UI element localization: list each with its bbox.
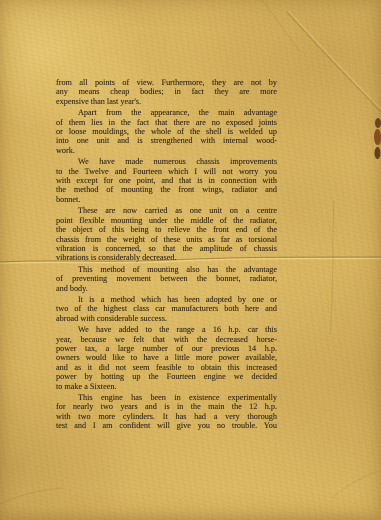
text-line: the method of mounting the front wings, … xyxy=(56,185,277,194)
text-line: of preventing movement between the bonne… xyxy=(56,274,277,283)
text-line: test and I am confident will give you no… xyxy=(56,421,277,430)
paragraph: We have made numerous chassis improvemen… xyxy=(56,157,277,204)
paragraph: It is a method which has been adopted by… xyxy=(56,295,277,323)
text-line: for nearly two years and is in the main … xyxy=(56,402,277,411)
minor-crease-top-right xyxy=(262,0,300,52)
text-line: This method of mounting also has the adv… xyxy=(56,265,277,274)
text-line: power by hotting up the Fourteen engine … xyxy=(56,372,277,381)
text-line: work. xyxy=(56,146,277,155)
text-line: year, because we felt that with the decr… xyxy=(56,335,277,344)
text-line: power tax, a large number of our previou… xyxy=(56,344,277,353)
text-line: to the Twelve and Fourteen which I will … xyxy=(56,167,277,176)
paragraph: from all points of view. Furthermore, th… xyxy=(56,78,277,106)
text-line: the object of this being to relieve the … xyxy=(56,225,277,234)
text-line: This engine has been in existence experi… xyxy=(56,393,277,402)
text-line: vibration is concerned, so that the ampl… xyxy=(56,244,277,253)
text-line: We have made numerous chassis improvemen… xyxy=(56,157,277,166)
edge-stain xyxy=(374,118,381,159)
text-line: bonnet. xyxy=(56,195,277,204)
text-line: expensive than last year's. xyxy=(56,97,277,106)
minor-crease-right-vertical xyxy=(330,200,334,335)
text-line: vibrations is considerably decreased. xyxy=(56,253,277,262)
text-line: two of the highest class car manufacture… xyxy=(56,304,277,313)
text-line: chassis from the weight of these units a… xyxy=(56,235,277,244)
text-line: and as it did not seem feasible to obtai… xyxy=(56,363,277,372)
text-line: with except for one point, and that is i… xyxy=(56,176,277,185)
minor-crease-bottom-right xyxy=(332,470,381,498)
text-line: These are now carried as one unit on a c… xyxy=(56,206,277,215)
text-line: and body. xyxy=(56,284,277,293)
minor-crease-bottom-left xyxy=(0,488,62,504)
text-line: abroad with considerable success. xyxy=(56,314,277,323)
diagonal-crease-highlight xyxy=(289,11,381,109)
text-line: We have added to the range a 16 h.p. car… xyxy=(56,325,277,334)
text-line: of them lies in the fact that there are … xyxy=(56,118,277,127)
paragraph: This method of mounting also has the adv… xyxy=(56,265,277,293)
page-text: from all points of view. Furthermore, th… xyxy=(56,78,277,431)
scanned-page: from all points of view. Furthermore, th… xyxy=(0,0,381,520)
text-line: with two more cylinders. It has had a ve… xyxy=(56,412,277,421)
text-line: any means cheap bodies; in fact they are… xyxy=(56,87,277,96)
text-line: Apart from the appearance, the main adva… xyxy=(56,108,277,117)
diagonal-crease-line xyxy=(287,12,381,112)
text-line: from all points of view. Furthermore, th… xyxy=(56,78,277,87)
text-line: to make a Sixteen. xyxy=(56,382,277,391)
text-line: It is a method which has been adopted by… xyxy=(56,295,277,304)
paragraph: Apart from the appearance, the main adva… xyxy=(56,108,277,155)
text-line: owners would like to have a little more … xyxy=(56,353,277,362)
paragraph: This engine has been in existence experi… xyxy=(56,393,277,431)
paragraph: We have added to the range a 16 h.p. car… xyxy=(56,325,277,391)
paragraph: These are now carried as one unit on a c… xyxy=(56,206,277,262)
text-line: point flexible mounting under the middle… xyxy=(56,216,277,225)
text-line: or loose mouldings, the whole of the she… xyxy=(56,127,277,136)
text-line: into one unit and is strengthened with i… xyxy=(56,136,277,145)
